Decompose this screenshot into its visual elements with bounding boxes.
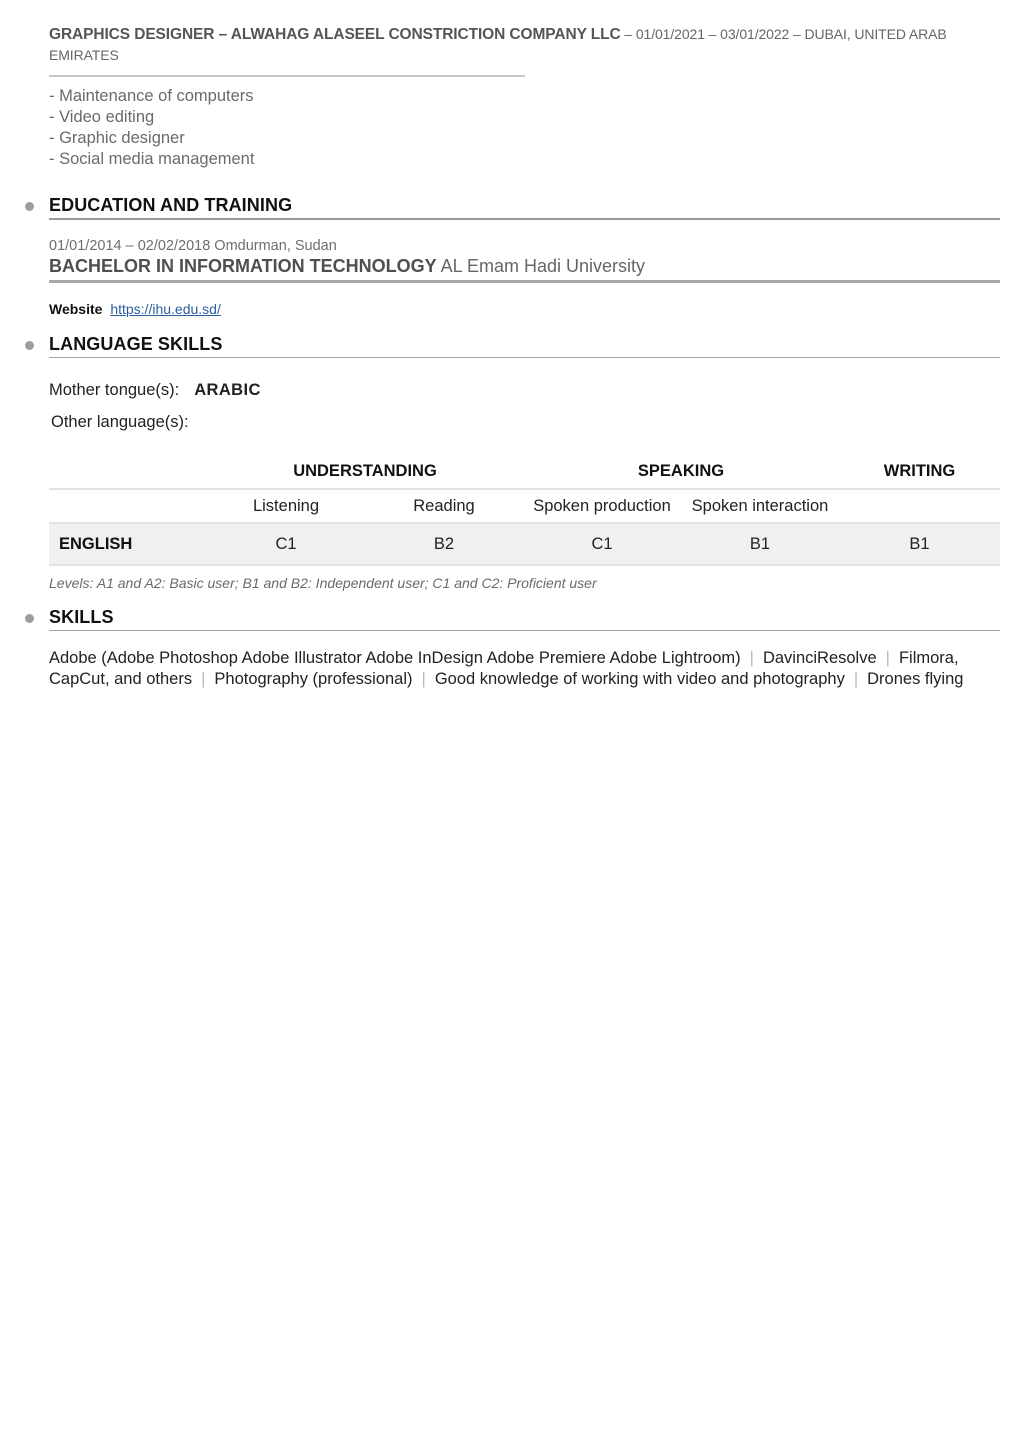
skill-separator: | xyxy=(750,649,754,667)
subheader-listening: Listening xyxy=(207,489,365,523)
duty-item: - Maintenance of computers xyxy=(49,86,1000,107)
level-spoken-interaction: B1 xyxy=(681,523,839,565)
cv-page: GRAPHICS DESIGNER – ALWAHAG ALASEEL CONS… xyxy=(49,24,1000,690)
level-spoken-production: C1 xyxy=(523,523,681,565)
section-bullet-icon xyxy=(25,614,34,623)
section-bullet-icon xyxy=(25,202,34,211)
other-languages-label: Other language(s): xyxy=(49,411,1000,433)
education-dates-location: 01/01/2014 – 02/02/2018 Omdurman, Sudan xyxy=(49,238,1000,255)
level-writing: B1 xyxy=(839,523,1000,565)
education-website: Website https://ihu.edu.sd/ xyxy=(49,301,1000,317)
website-label: Website xyxy=(49,301,102,317)
language-table-subheader: Listening Reading Spoken production Spok… xyxy=(49,489,1000,523)
section-title: SKILLS xyxy=(49,607,114,627)
mother-tongue-value: ARABIC xyxy=(194,381,261,399)
language-name: ENGLISH xyxy=(49,523,207,565)
level-reading: B2 xyxy=(365,523,523,565)
empty-header-cell xyxy=(49,455,207,489)
mother-tongue-label: Mother tongue(s): xyxy=(49,381,179,399)
section-title: LANGUAGE SKILLS xyxy=(49,334,223,354)
skill-item: Good knowledge of working with video and… xyxy=(435,670,845,688)
subheader-reading: Reading xyxy=(365,489,523,523)
job-divider xyxy=(49,75,525,77)
duty-item: - Video editing xyxy=(49,107,1000,128)
skill-item: Adobe (Adobe Photoshop Adobe Illustrator… xyxy=(49,649,741,667)
empty-subheader-cell xyxy=(839,489,1000,523)
levels-note: Levels: A1 and A2: Basic user; B1 and B2… xyxy=(49,575,1000,591)
skill-item: Photography (professional) xyxy=(214,670,412,688)
job-duties-list: - Maintenance of computers - Video editi… xyxy=(49,86,1000,170)
skill-separator: | xyxy=(854,670,858,688)
website-link[interactable]: https://ihu.edu.sd/ xyxy=(110,301,221,317)
duty-item: - Social media management xyxy=(49,149,1000,170)
skill-separator: | xyxy=(886,649,890,667)
degree-name: BACHELOR IN INFORMATION TECHNOLOGY xyxy=(49,256,437,276)
mother-tongue-row: Mother tongue(s):ARABIC xyxy=(49,379,1000,401)
skills-section-header: SKILLS xyxy=(49,606,1000,631)
skills-list: Adobe (Adobe Photoshop Adobe Illustrator… xyxy=(49,648,984,690)
group-header-understanding: UNDERSTANDING xyxy=(207,455,523,489)
skill-item: Drones flying xyxy=(867,670,963,688)
skill-item: DavinciResolve xyxy=(763,649,877,667)
group-header-speaking: SPEAKING xyxy=(523,455,839,489)
job-title: GRAPHICS DESIGNER – ALWAHAG ALASEEL CONS… xyxy=(49,26,621,43)
section-bullet-icon xyxy=(25,341,34,350)
institution-name: AL Emam Hadi University xyxy=(437,256,645,276)
section-title: EDUCATION AND TRAINING xyxy=(49,195,292,215)
language-table-group-header: UNDERSTANDING SPEAKING WRITING xyxy=(49,455,1000,489)
subheader-spoken-interaction: Spoken interaction xyxy=(681,489,839,523)
empty-subheader-cell xyxy=(49,489,207,523)
skill-separator: | xyxy=(422,670,426,688)
duty-item: - Graphic designer xyxy=(49,128,1000,149)
skill-separator: | xyxy=(201,670,205,688)
group-header-writing: WRITING xyxy=(839,455,1000,489)
education-section-header: EDUCATION AND TRAINING xyxy=(49,194,1000,220)
table-row: ENGLISH C1 B2 C1 B1 B1 xyxy=(49,523,1000,565)
job-heading: GRAPHICS DESIGNER – ALWAHAG ALASEEL CONS… xyxy=(49,24,1000,66)
level-listening: C1 xyxy=(207,523,365,565)
education-title: BACHELOR IN INFORMATION TECHNOLOGY AL Em… xyxy=(49,255,1000,283)
language-section-header: LANGUAGE SKILLS xyxy=(49,333,1000,358)
subheader-spoken-production: Spoken production xyxy=(523,489,681,523)
language-table: UNDERSTANDING SPEAKING WRITING Listening… xyxy=(49,455,1000,566)
